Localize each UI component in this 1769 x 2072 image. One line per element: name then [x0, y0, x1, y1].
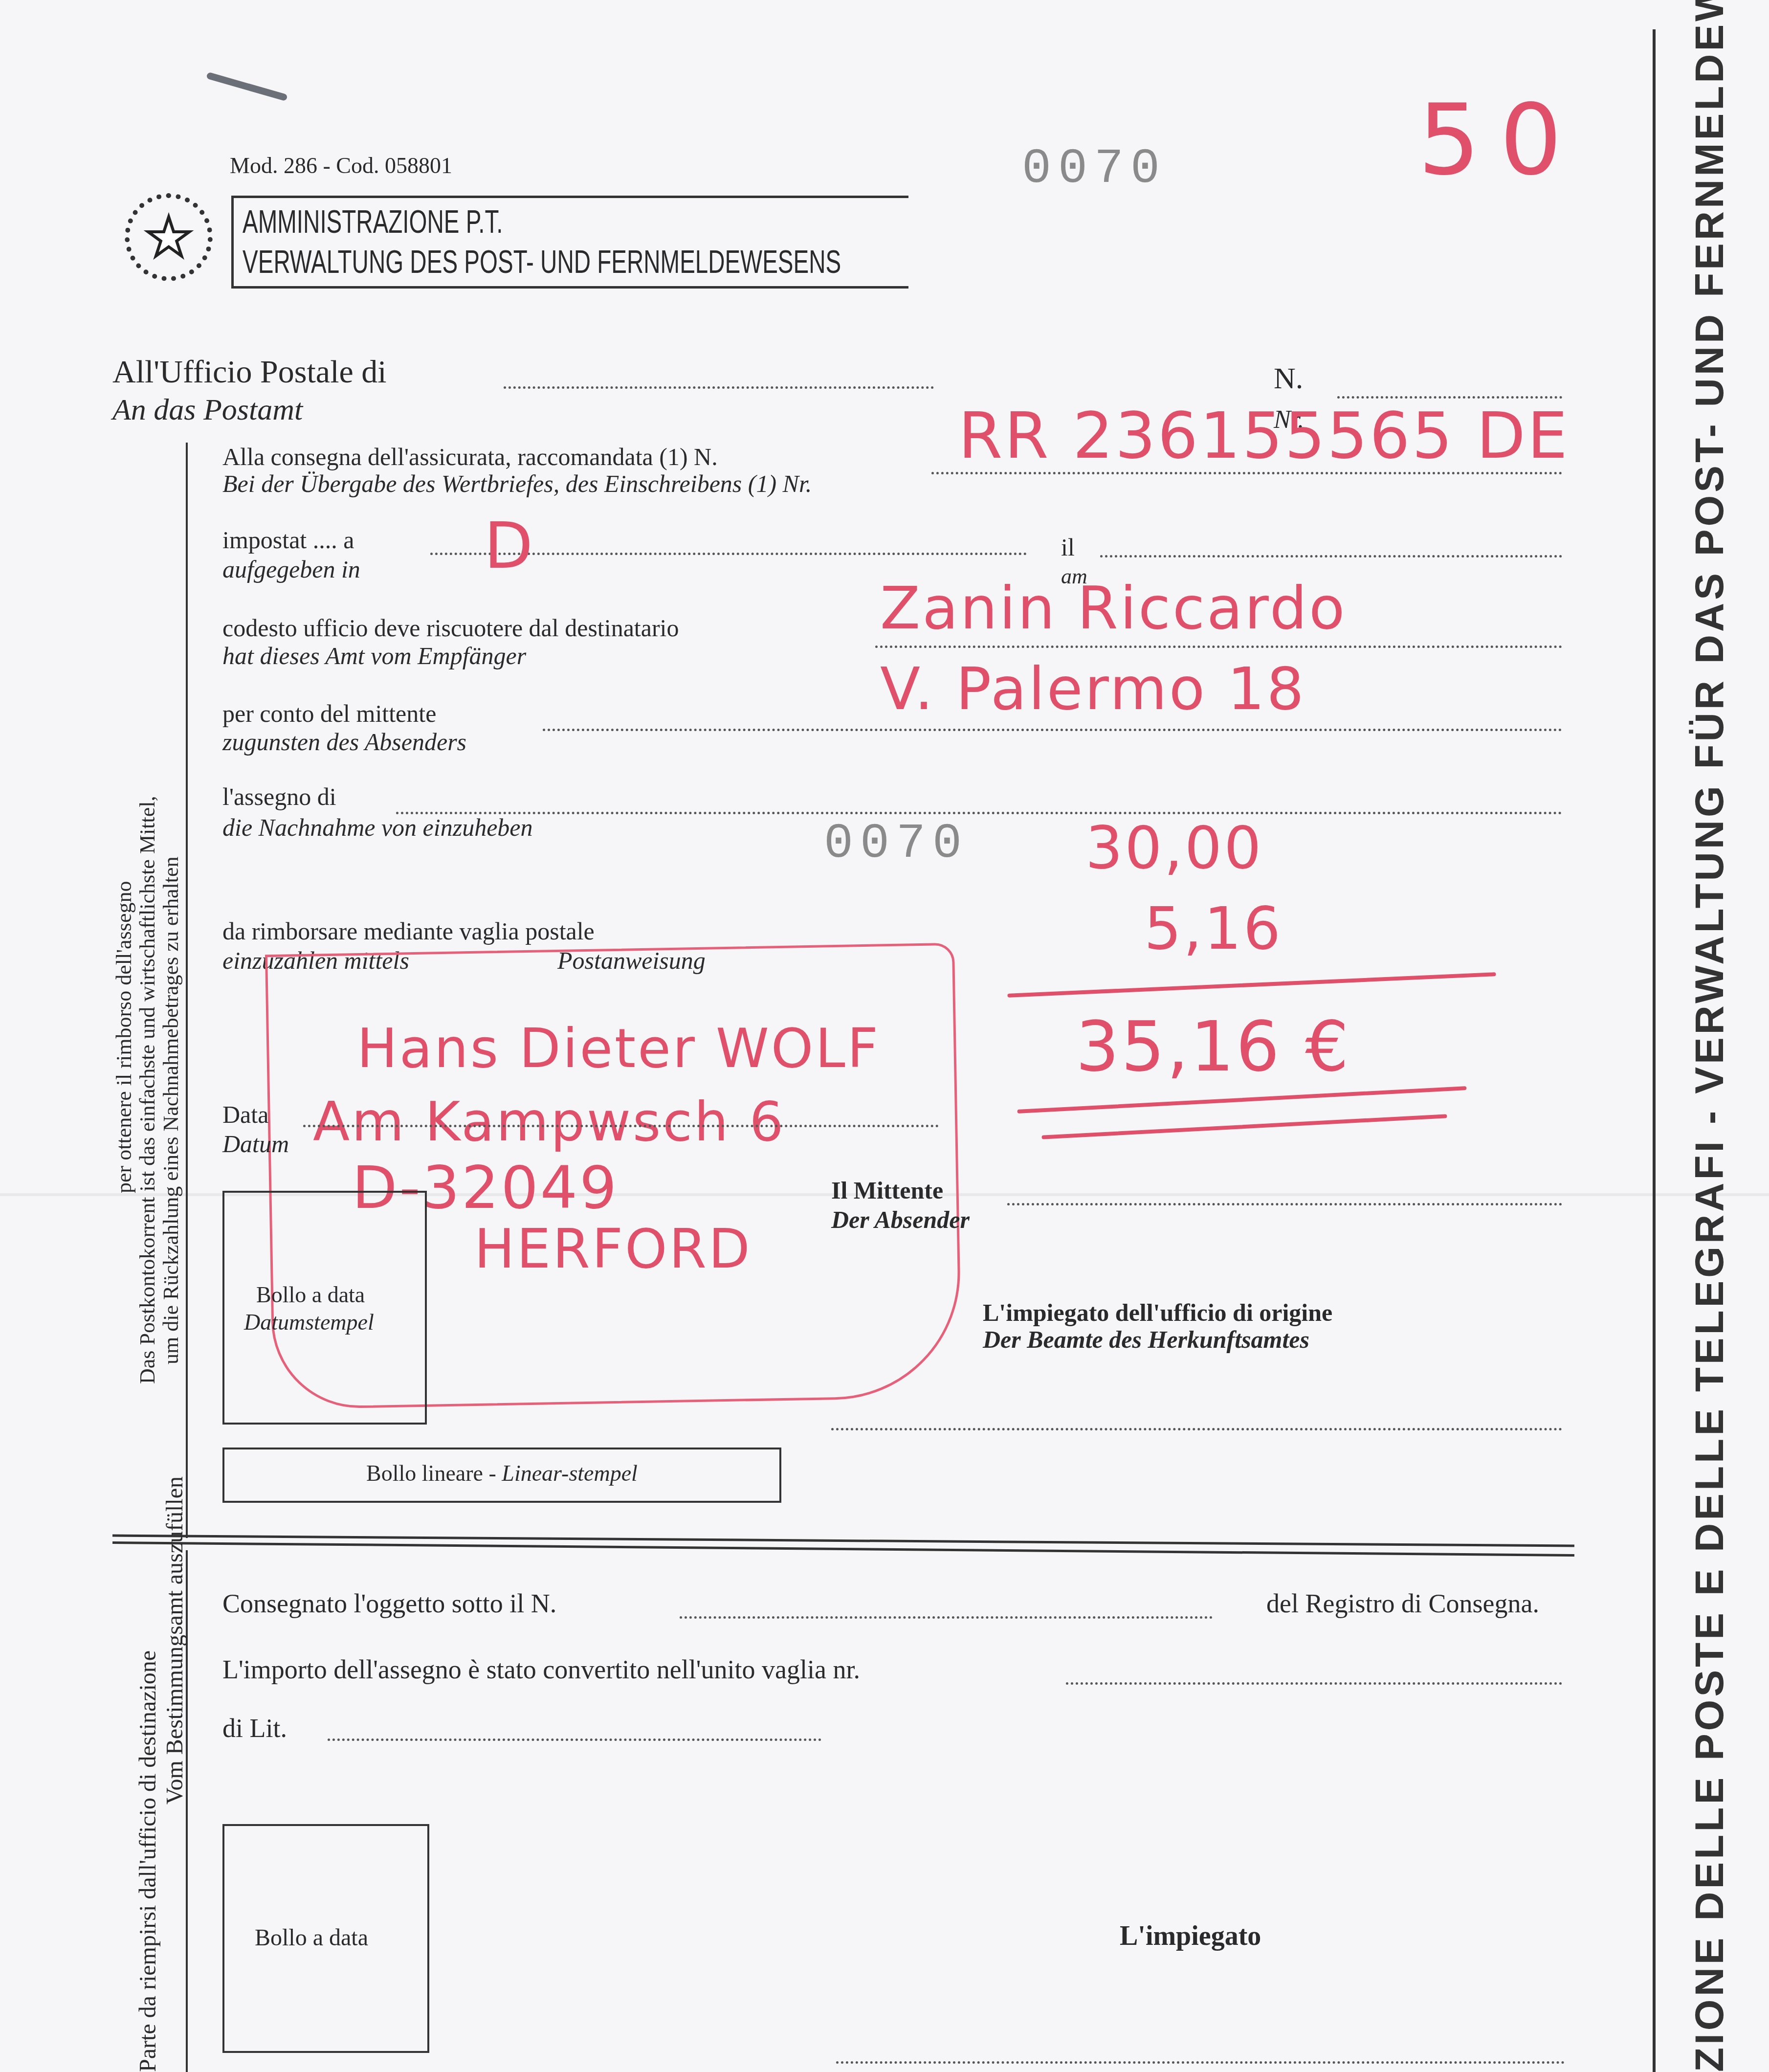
date-label-it: Data: [222, 1100, 268, 1129]
lire-label: di Lit.: [222, 1714, 287, 1742]
converted-vaglia-field[interactable]: [1066, 1682, 1562, 1685]
destination-clerk-label: L'impiegato: [1120, 1922, 1261, 1950]
spine-line: [1653, 29, 1656, 2072]
linear-stamp-caption: Bollo lineare - Linear-stempel: [224, 1459, 779, 1488]
clerk-origin-label-it: L'impiegato dell'ufficio di origine: [983, 1298, 1332, 1327]
delivery-label-de: Bei der Übergabe des Wertbriefes, des Ei…: [222, 469, 812, 498]
amount-2-value: 5,16: [1144, 895, 1283, 963]
posted-date-field[interactable]: [1100, 555, 1562, 557]
posted-label-de: aufgegeben in: [222, 555, 360, 583]
sender-account-field[interactable]: [543, 729, 1562, 731]
model-code: Mod. 286 - Cod. 058801: [230, 152, 452, 180]
admin-title-de: VERWALTUNG DES POST- UND FERNMELDEWESENS: [243, 243, 841, 280]
refund-label-it: da rimborsare mediante vaglia postale: [222, 917, 595, 945]
office-label-de: An das Postamt: [112, 393, 303, 427]
amount-1-value: 30,00: [1085, 814, 1263, 882]
date-label-de: Datum: [222, 1130, 289, 1158]
total-underline-1: [1017, 1086, 1466, 1114]
destination-side-note-2: Vom Bestimmungsamt auszufüllen: [161, 1476, 188, 1805]
sender-signature-field[interactable]: [1007, 1203, 1562, 1205]
total-underline-2: [1041, 1114, 1447, 1139]
converted-label: L'importo dell'assegno è stato convertit…: [222, 1655, 860, 1684]
cheque-amount-field[interactable]: [396, 812, 1562, 814]
n-label: N.: [1274, 364, 1303, 393]
posted-label-it: impostat .... a: [222, 526, 354, 554]
clerk-origin-label-de: Der Beamte des Herkunftsamtes: [983, 1325, 1309, 1354]
left-divider-top: [186, 443, 188, 1538]
destination-date-stamp-box: Bollo a data: [222, 1824, 429, 2053]
sender-street-value: Am Kampwsch 6: [313, 1091, 785, 1153]
serial-stamp-top: 0070: [1022, 142, 1167, 197]
linear-stamp-label-de: Linear-stempel: [502, 1461, 638, 1486]
date-stamp-label-it: Bollo a data: [256, 1281, 365, 1309]
linear-stamp-label-it: Bollo lineare -: [366, 1461, 502, 1486]
sender-account-label-de: zugunsten des Absenders: [222, 728, 466, 756]
staple-icon: [206, 72, 287, 101]
date-stamp-box: Bollo a data Datumstempel: [222, 1191, 427, 1425]
sender-signature-label-de: Der Absender: [831, 1205, 970, 1234]
delivered-number-field[interactable]: [680, 1616, 1213, 1619]
date-stamp-label-de: Datumstempel: [244, 1308, 374, 1337]
sender-signature-label-it: Il Mittente: [831, 1176, 943, 1204]
italian-republic-emblem-icon: ★: [125, 193, 213, 281]
lire-amount-field[interactable]: [328, 1738, 821, 1741]
serial-stamp-mid: 0070: [824, 817, 969, 872]
date-field[interactable]: [303, 1125, 939, 1127]
collect-label-de: hat dieses Amt vom Empfänger: [222, 642, 526, 670]
recipient-field[interactable]: [875, 646, 1562, 648]
posted-in-value: D: [484, 509, 535, 583]
admin-header-box: AMMINISTRAZIONE P.T. VERWALTUNG DES POST…: [231, 196, 908, 289]
sender-account-label-it: per conto del mittente: [222, 699, 436, 728]
handwritten-corner-number: 50: [1418, 83, 1582, 197]
destination-date-stamp-label: Bollo a data: [255, 1924, 368, 1952]
linear-stamp-box: Bollo lineare - Linear-stempel: [222, 1448, 781, 1503]
side-note-line-2: Das Postkontokorrent ist das einfachste …: [135, 796, 160, 1384]
sender-city-value: HERFORD: [474, 1218, 752, 1280]
office-field[interactable]: [504, 386, 934, 389]
register-label: del Registro di Consegna.: [1266, 1589, 1539, 1618]
side-note-line-1: per ottenere il rimborso dell'assegno: [111, 881, 136, 1193]
destination-side-note-1: Parte da riempirsi dall'ufficio di desti…: [134, 1650, 161, 2072]
office-label-it: All'Ufficio Postale di: [112, 355, 387, 390]
destination-clerk-signature-field[interactable]: [836, 2061, 1565, 2064]
delivered-label: Consegnato l'oggetto sotto il N.: [222, 1589, 556, 1618]
clerk-origin-signature-field[interactable]: [831, 1428, 1562, 1430]
cheque-label-it: l'assegno di: [222, 782, 336, 811]
collect-label-it: codesto ufficio deve riscuotere dal dest…: [222, 614, 679, 642]
total-value: 35,16 €: [1076, 1007, 1350, 1087]
spine-text: ZIONE DELLE POSTE E DELLE TELEGRAFI - VE…: [1687, 0, 1733, 2072]
side-note-line-3: um die Rückzahlung eines Nachnahmebetrag…: [158, 857, 183, 1364]
recipient-name-value: Zanin Riccardo: [880, 575, 1347, 643]
date-il-label: il: [1061, 533, 1075, 561]
sum-line: [1007, 972, 1496, 998]
sender-name-value: Hans Dieter WOLF: [357, 1017, 880, 1080]
registered-number-value: RR 236155565 DE: [958, 399, 1570, 473]
recipient-street-value: V. Palermo 18: [880, 655, 1306, 723]
delivery-label-it: Alla consegna dell'assicurata, raccomand…: [222, 443, 718, 471]
admin-title-it: AMMINISTRAZIONE P.T.: [243, 203, 503, 240]
cheque-label-de: die Nachnahme von einzuheben: [222, 813, 533, 842]
